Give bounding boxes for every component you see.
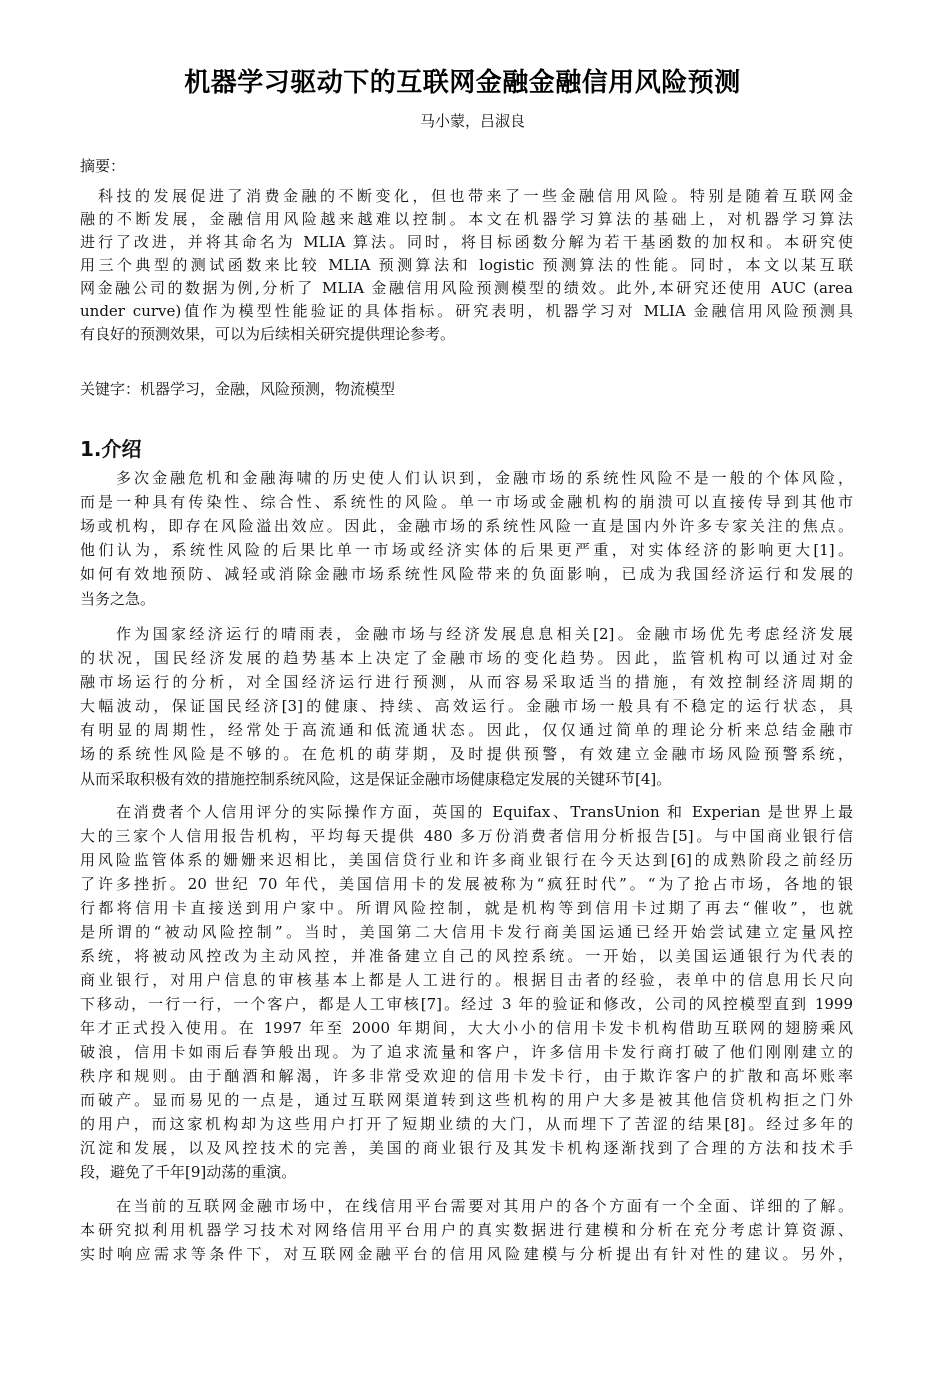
paragraph-line: 当务之急。 [80,588,853,610]
paragraph-line: 场的系统性风险是不够的。在危机的萌芽期，及时提供预警，有效建立金融市场风险预警系… [80,743,853,765]
paragraph-line: 沉淀和发展，以及风控技术的完善，美国的商业银行及其发卡机构逐渐找到了合理的方法和… [80,1137,853,1159]
paragraph-line: 大幅波动，保证国民经济[3]的健康、持续、高效运行。金融市场一般具有不稳定的运行… [80,695,853,717]
paragraph-line: 下移动，一行一行，一个客户，都是人工审核[7]。经过 3 年的验证和修改，公司的… [80,993,853,1015]
paragraph-line: 破浪，信用卡如雨后春笋般出现。为了追求流量和客户，许多信用卡发行商打破了他们刚刚… [80,1041,853,1063]
abstract-label: 摘要： [80,155,125,176]
paragraph-line: 的状况，国民经济发展的趋势基本上决定了金融市场的变化趋势。因此，监管机构可以通过… [80,647,853,669]
paragraph-line: 的用户，而这家机构却为这些用户打开了短期业绩的大门，从而埋下了苦涩的结果[8]。… [80,1113,853,1135]
abstract-line: 科技的发展促进了消费金融的不断变化，但也带来了一些金融信用风险。特别是随着互联网… [98,185,853,207]
paper-page: 机器学习驱动下的互联网金融金融信用风险预测 马小蒙，吕淑良 摘要： 科技的发展促… [0,0,925,1376]
paper-authors: 马小蒙，吕淑良 [0,110,925,131]
paragraph-line: 在消费者个人信用评分的实际操作方面，英国的 Equifax、TransUnion… [116,801,853,823]
paragraph-line: 有明显的周期性，经常处于高流通和低流通状态。因此，仅仅通过简单的理论分析来总结金… [80,719,853,741]
paragraph-line: 作为国家经济运行的晴雨表，金融市场与经济发展息息相关[2]。金融市场优先考虑经济… [116,623,853,645]
paragraph-line: 是所谓的“被动风险控制”。当时，美国第二大信用卡发行商美国运通已经开始尝试建立定… [80,921,853,943]
paragraph-line: 多次金融危机和金融海啸的历史使人们认识到，金融市场的系统性风险不是一般的个体风险… [116,467,853,489]
paragraph-line: 融市场运行的分析，对全国经济运行进行预测，从而容易采取适当的措施，有效控制经济周… [80,671,853,693]
paragraph-line: 他们认为，系统性风险的后果比单一市场或经济实体的后果更严重，对实体经济的影响更大… [80,539,853,561]
paragraph-line: 商业银行，对用户信息的审核基本上都是人工进行的。根据目击者的经验，表单中的信息用… [80,969,853,991]
paragraph-line: 场或机构，即存在风险溢出效应。因此，金融市场的系统性风险一直是国内外许多专家关注… [80,515,853,537]
abstract-line: 用三个典型的测试函数来比较 MLIA 预测算法和 logistic 预测算法的性… [80,254,853,276]
paragraph-line: 用风险监管体系的姗姗来迟相比，美国信贷行业和许多商业银行在今天达到[6]的成熟阶… [80,849,853,871]
abstract-line: under curve)值作为模型性能验证的具体指标。研究表明，机器学习对 ML… [80,300,853,322]
paragraph-line: 如何有效地预防、减轻或消除金融市场系统性风险带来的负面影响，已成为我国经济运行和… [80,563,853,585]
paragraph-line: 而破产。显而易见的一点是，通过互联网渠道转到这些机构的用户大多是被其他信贷机构拒… [80,1089,853,1111]
paragraph-line: 段，避免了千年[9]动荡的重演。 [80,1161,853,1183]
abstract-line: 融的不断发展，金融信用风险越来越难以控制。本文在机器学习算法的基础上，对机器学习… [80,208,853,230]
paragraph-line: 大的三家个人信用报告机构，平均每天提供 480 多万份消费者信用分析报告[5]。… [80,825,853,847]
paragraph-line: 而是一种具有传染性、综合性、系统性的风险。单一市场或金融机构的崩溃可以直接传导到… [80,491,853,513]
paragraph-line: 行都将信用卡直接送到用户家中。所谓风险控制，就是机构等到信用卡过期了再去“催收”… [80,897,853,919]
paragraph-line: 在当前的互联网金融市场中，在线信用平台需要对其用户的各个方面有一个全面、详细的了… [116,1195,853,1217]
paragraph-line: 本研究拟利用机器学习技术对网络信用平台用户的真实数据进行建模和分析在充分考虑计算… [80,1219,853,1241]
abstract-line: 网金融公司的数据为例,分析了 MLIA 金融信用风险预测模型的绩效。此外,本研究… [80,277,853,299]
abstract-line: 进行了改进，并将其命名为 MLIA 算法。同时，将目标函数分解为若干基函数的加权… [80,231,853,253]
abstract-line: 有良好的预测效果，可以为后续相关研究提供理论参考。 [80,323,853,345]
section-heading: 1.介绍 [80,433,142,462]
keywords: 关键字：机器学习，金融，风险预测，物流模型 [80,378,395,399]
paper-title: 机器学习驱动下的互联网金融金融信用风险预测 [0,62,925,99]
paragraph-line: 秩序和规则。由于酗酒和解渴，许多非常受欢迎的信用卡发卡行，由于欺诈客户的扩散和高… [80,1065,853,1087]
paragraph-line: 年才正式投入使用。在 1997 年至 2000 年期间，大大小小的信用卡发卡机构… [80,1017,853,1039]
paragraph-line: 从而采取积极有效的措施控制系统风险，这是保证金融市场健康稳定发展的关键环节[4]… [80,768,853,790]
paragraph-line: 实时响应需求等条件下，对互联网金融平台的信用风险建模与分析提出有针对性的建议。另… [80,1243,853,1265]
paragraph-line: 系统，将被动风控改为主动风控，并准备建立自己的风控系统。一开始，以美国运通银行为… [80,945,853,967]
paragraph-line: 了许多挫折。20 世纪 70 年代，美国信用卡的发展被称为“疯狂时代”。“为了抢… [80,873,853,895]
